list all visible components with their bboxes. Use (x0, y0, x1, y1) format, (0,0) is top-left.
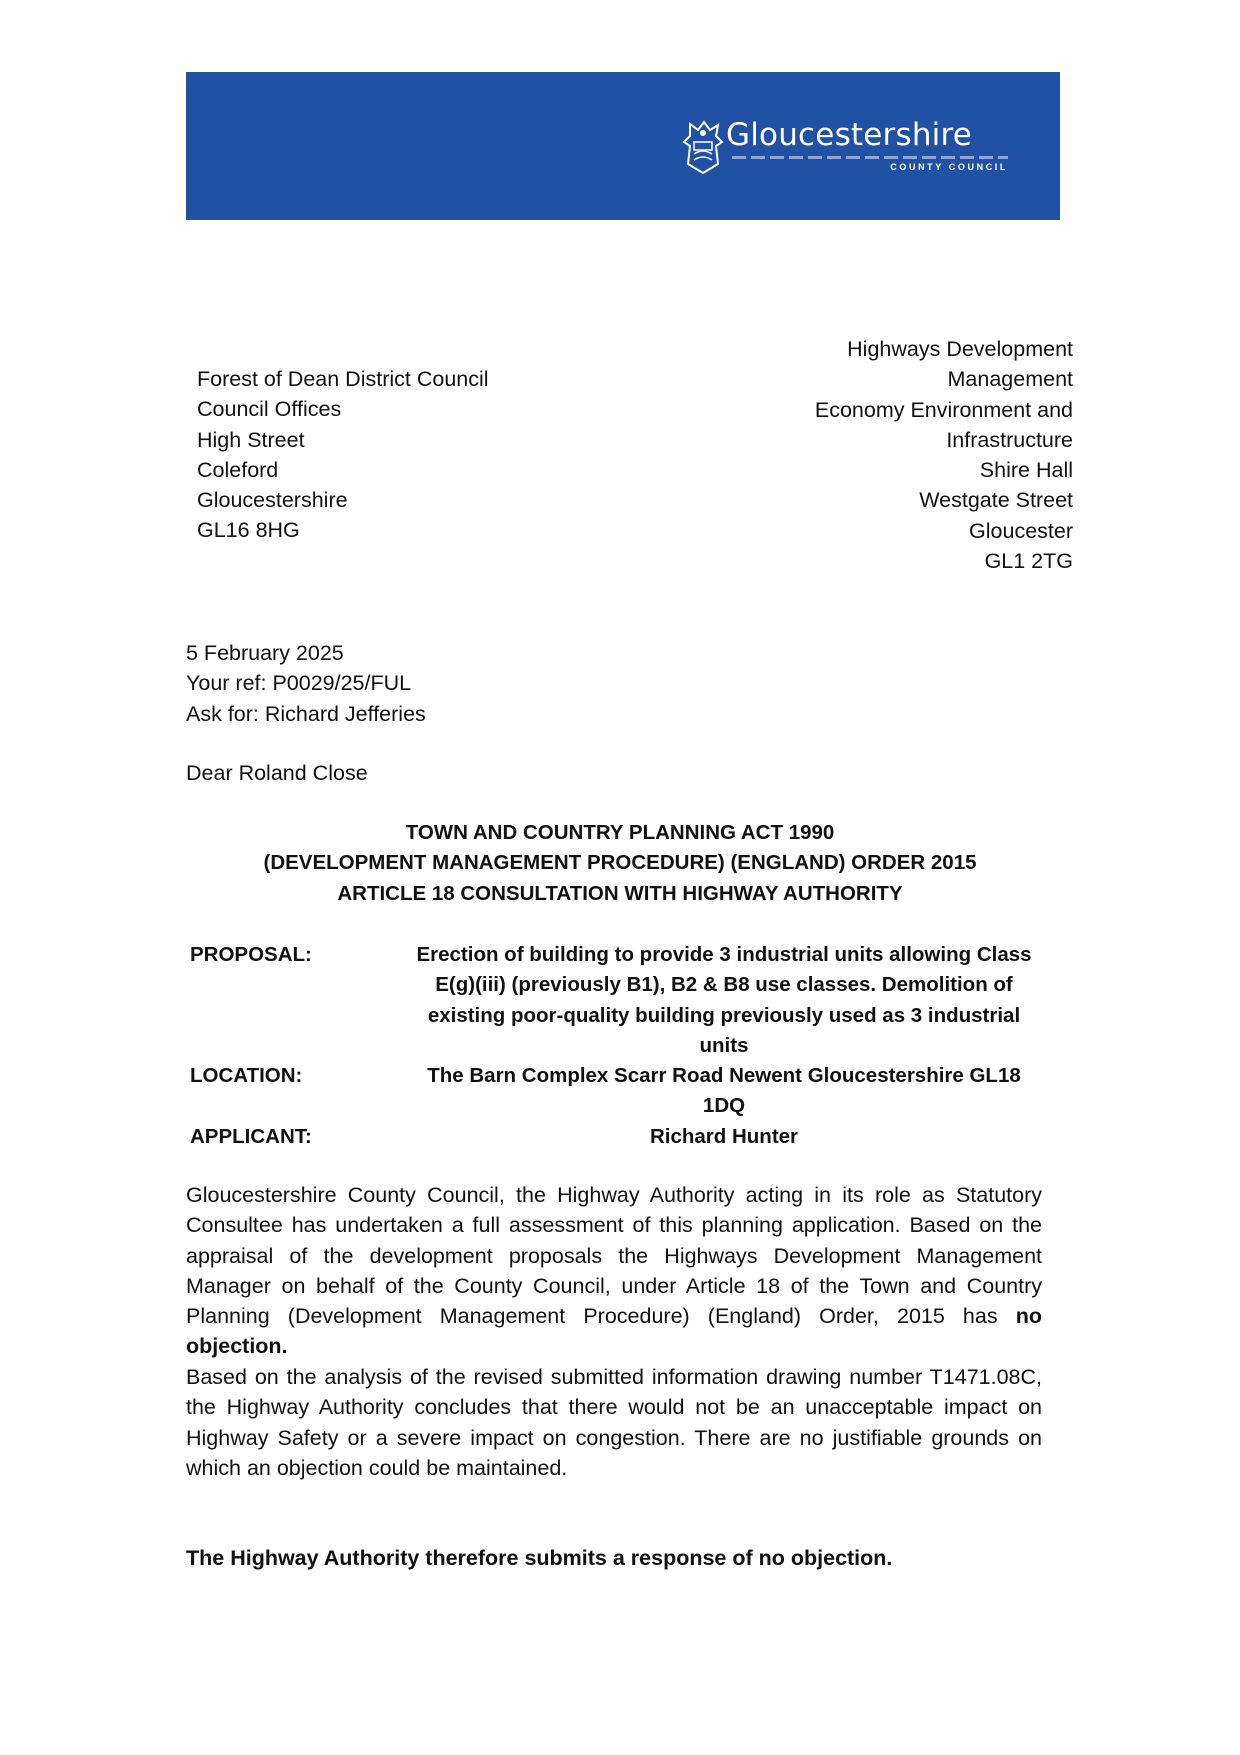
detail-row-applicant: APPLICANT: Richard Hunter (190, 1122, 1060, 1152)
heading-line: TOWN AND COUNTRY PLANNING ACT 1990 (186, 818, 1054, 848)
logo-wordmark: Gloucestershire (726, 116, 972, 154)
address-line: Infrastructure (815, 425, 1073, 455)
address-line: High Street (197, 425, 489, 455)
council-logo: Gloucestershire COUNTY COUNCIL (680, 118, 1020, 178)
detail-value: Erection of building to provide 3 indust… (408, 940, 1040, 1061)
letter-meta: 5 February 2025 Your ref: P0029/25/FUL A… (186, 638, 426, 729)
logo-subtitle: COUNTY COUNCIL (890, 162, 1008, 172)
heading-line: ARTICLE 18 CONSULTATION WITH HIGHWAY AUT… (186, 879, 1054, 909)
letter-heading: TOWN AND COUNTRY PLANNING ACT 1990 (DEVE… (186, 818, 1054, 909)
address-line: Westgate Street (815, 485, 1073, 515)
letterhead-banner: Gloucestershire COUNTY COUNCIL (186, 72, 1060, 220)
address-line: Gloucester (815, 516, 1073, 546)
address-line: Council Offices (197, 394, 489, 424)
logo-dash-line (732, 156, 1008, 159)
recipient-address: Forest of Dean District Council Council … (197, 364, 489, 546)
address-line: Management (815, 364, 1073, 394)
heading-line: (DEVELOPMENT MANAGEMENT PROCEDURE) (ENGL… (186, 848, 1054, 878)
application-details: PROPOSAL: Erection of building to provid… (190, 940, 1060, 1152)
detail-row-proposal: PROPOSAL: Erection of building to provid… (190, 940, 1060, 1061)
address-line: Gloucestershire (197, 485, 489, 515)
address-line: Shire Hall (815, 455, 1073, 485)
detail-value: The Barn Complex Scarr Road Newent Glouc… (408, 1061, 1040, 1122)
address-line: GL16 8HG (197, 515, 489, 545)
address-line: Forest of Dean District Council (197, 364, 489, 394)
address-line: Economy Environment and (815, 395, 1073, 425)
paragraph-text: Gloucestershire County Council, the High… (186, 1183, 1042, 1328)
sender-address: Highways Development Management Economy … (815, 334, 1073, 576)
detail-row-location: LOCATION: The Barn Complex Scarr Road Ne… (190, 1061, 1060, 1122)
letter-date: 5 February 2025 (186, 638, 426, 668)
detail-value: Richard Hunter (408, 1122, 1040, 1152)
coat-of-arms-icon (680, 120, 726, 174)
assessment-paragraph: Gloucestershire County Council, the High… (186, 1180, 1042, 1362)
salutation: Dear Roland Close (186, 758, 368, 788)
contact-person: Ask for: Richard Jefferies (186, 699, 426, 729)
reference: Your ref: P0029/25/FUL (186, 668, 426, 698)
detail-label: PROPOSAL: (190, 940, 408, 1061)
analysis-paragraph: Based on the analysis of the revised sub… (186, 1362, 1042, 1483)
detail-label: LOCATION: (190, 1061, 408, 1122)
detail-label: APPLICANT: (190, 1122, 408, 1152)
conclusion-statement: The Highway Authority therefore submits … (186, 1543, 1042, 1573)
address-line: GL1 2TG (815, 546, 1073, 576)
address-line: Coleford (197, 455, 489, 485)
address-line: Highways Development (815, 334, 1073, 364)
